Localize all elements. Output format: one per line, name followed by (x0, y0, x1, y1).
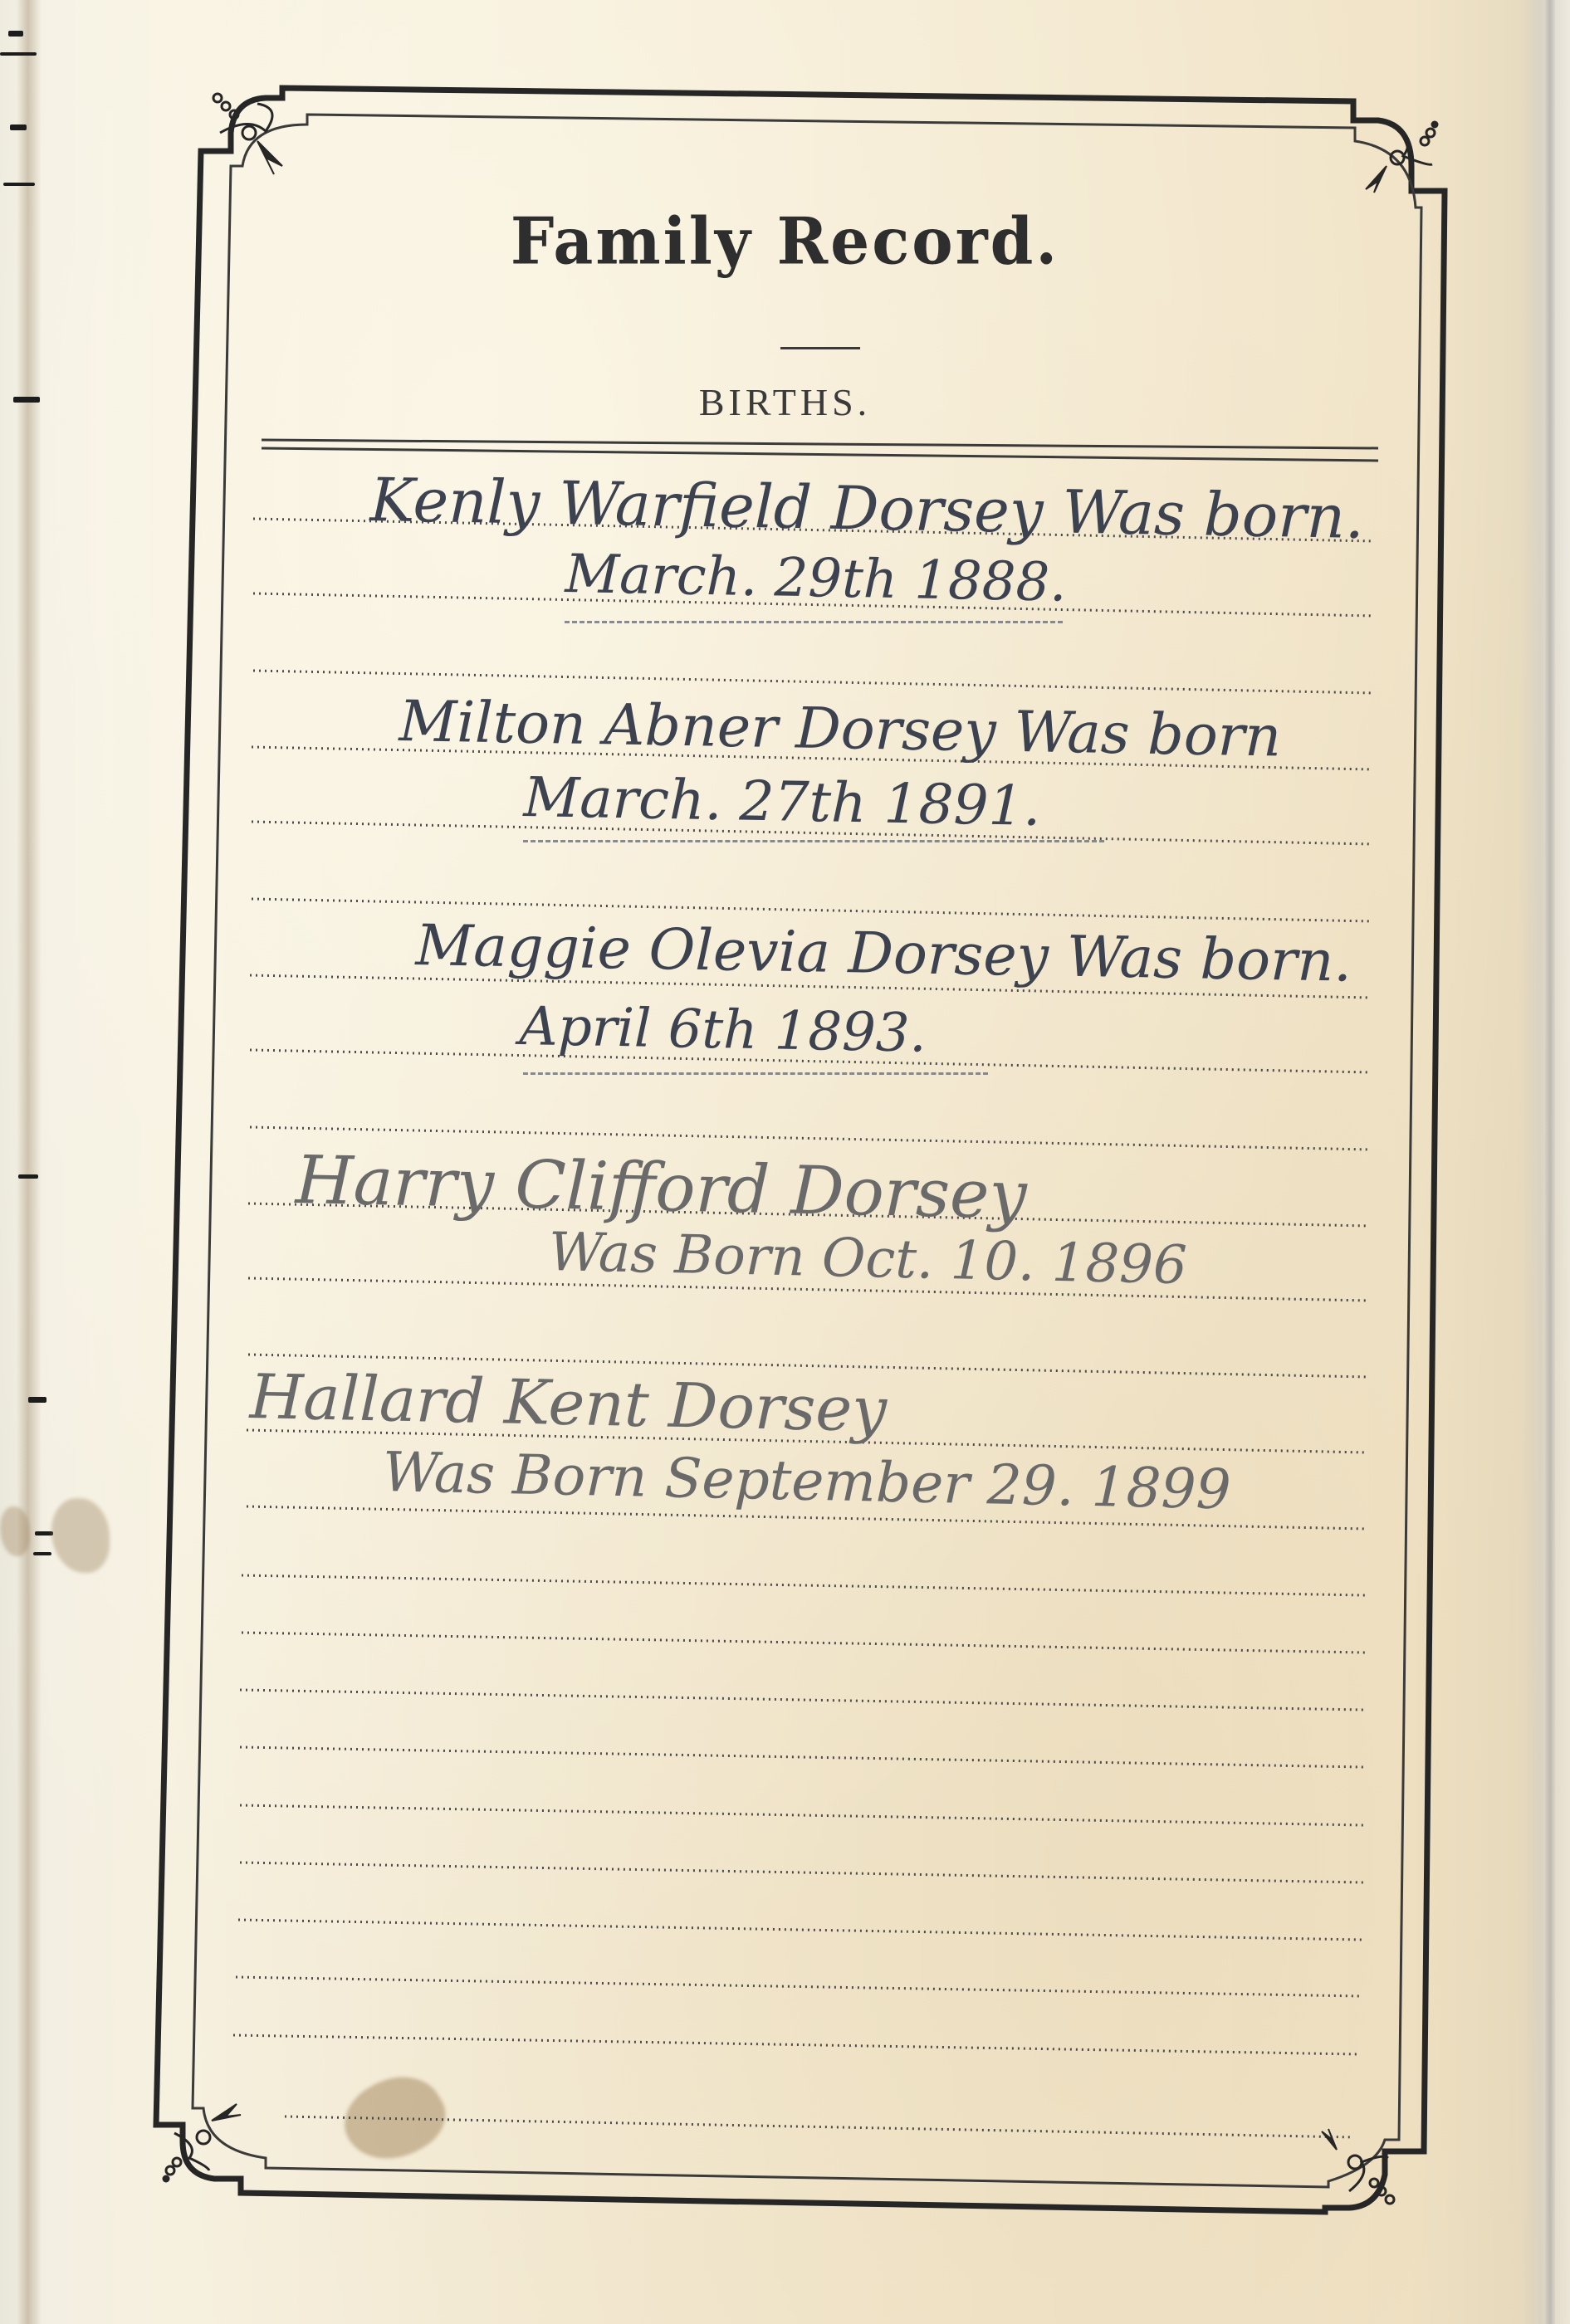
birth-entry-date: March. 29th 1888. (565, 544, 1067, 614)
date-underline (523, 1072, 988, 1075)
page-title: Family Record. (0, 204, 1570, 279)
birth-entry-name: Hallard Kent Dorsey (249, 1361, 888, 1446)
record-page: Family Record. BIRTHS. Kenly Warfield Do… (0, 0, 1570, 2324)
birth-entry-date: March. 27th 1891. (523, 765, 1041, 838)
date-underline (523, 840, 1104, 842)
birth-entry-date: April 6th 1893. (519, 996, 927, 1065)
date-underline (565, 621, 1063, 623)
birth-entry-name: Harry Clifford Dorsey (295, 1141, 1028, 1233)
section-heading: BIRTHS. (0, 380, 1570, 424)
title-divider (780, 347, 860, 349)
